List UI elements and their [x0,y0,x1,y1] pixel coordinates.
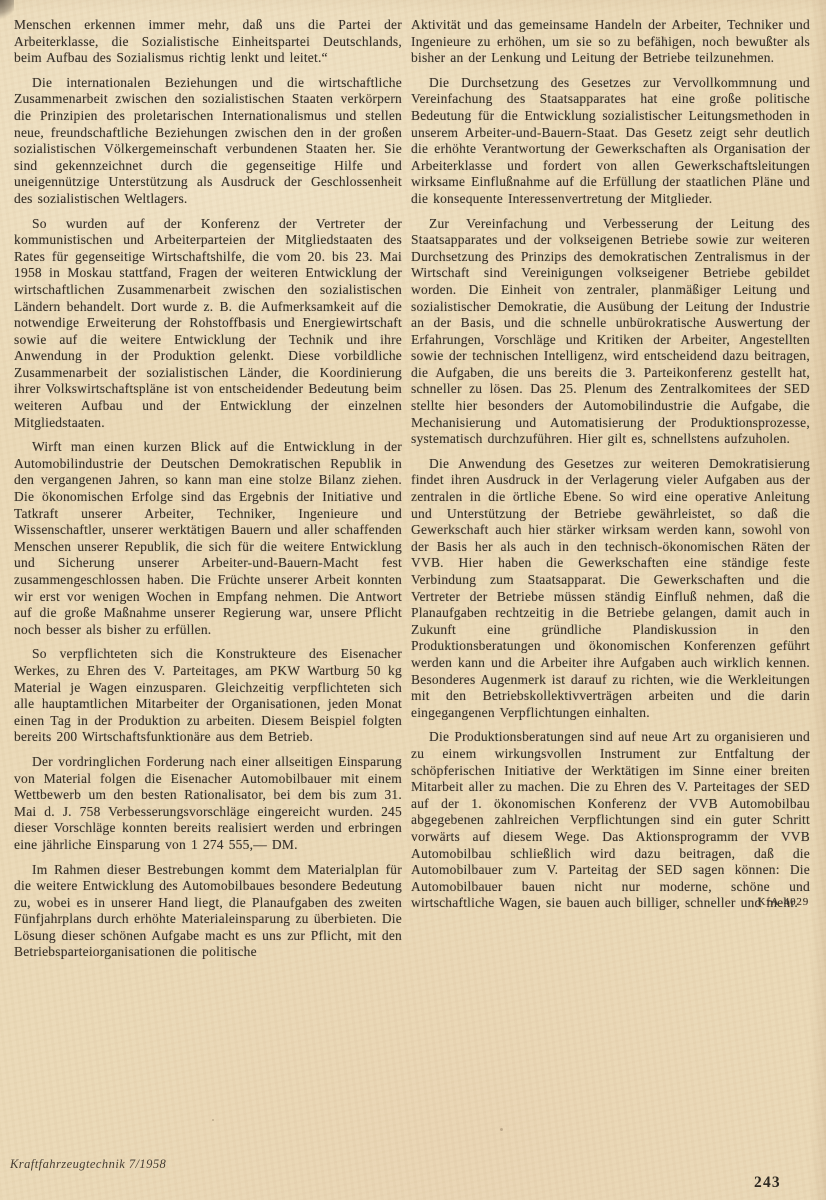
journal-footer: Kraftfahrzeugtechnik 7/1958 [10,1157,166,1172]
article-credit-tag: KfA 4029 [740,894,809,911]
paragraph: Aktivität und das gemeinsame Handeln der… [411,17,810,67]
text-column-right: Aktivität und das gemeinsame Handeln der… [411,17,810,961]
paper-speck [212,1119,214,1121]
paragraph: Der vordringlichen Forderung nach einer … [14,754,402,854]
text-column-left: Menschen erkennen immer mehr, daß uns di… [14,17,402,961]
paragraph: So verpflichteten sich die Konstrukteure… [14,646,402,746]
paragraph: Wirft man einen kurzen Blick auf die Ent… [14,439,402,638]
paragraph: Die Produktionsberatungen sind auf neue … [411,729,810,912]
paragraph: Menschen erkennen immer mehr, daß uns di… [14,17,402,67]
paragraph: Die Durchsetzung des Gesetzes zur Vervol… [411,75,810,208]
paragraph: Zur Vereinfachung und Verbesserung der L… [411,216,810,448]
paragraph: Die internationalen Beziehungen und die … [14,75,402,208]
paragraph: So wurden auf der Konferenz der Vertrete… [14,216,402,432]
paragraph: Im Rahmen dieser Bestrebungen kommt dem … [14,862,402,962]
article-body: Menschen erkennen immer mehr, daß uns di… [14,17,810,961]
scanned-journal-page: Menschen erkennen immer mehr, daß uns di… [0,0,826,1200]
paragraph: Die Anwendung des Gesetzes zur weiteren … [411,456,810,722]
paragraph-text: Die Produktionsberatungen sind auf neue … [411,729,810,910]
paper-speck [500,1128,503,1131]
page-number: 243 [754,1174,781,1192]
scan-corner-artifact [0,0,14,22]
